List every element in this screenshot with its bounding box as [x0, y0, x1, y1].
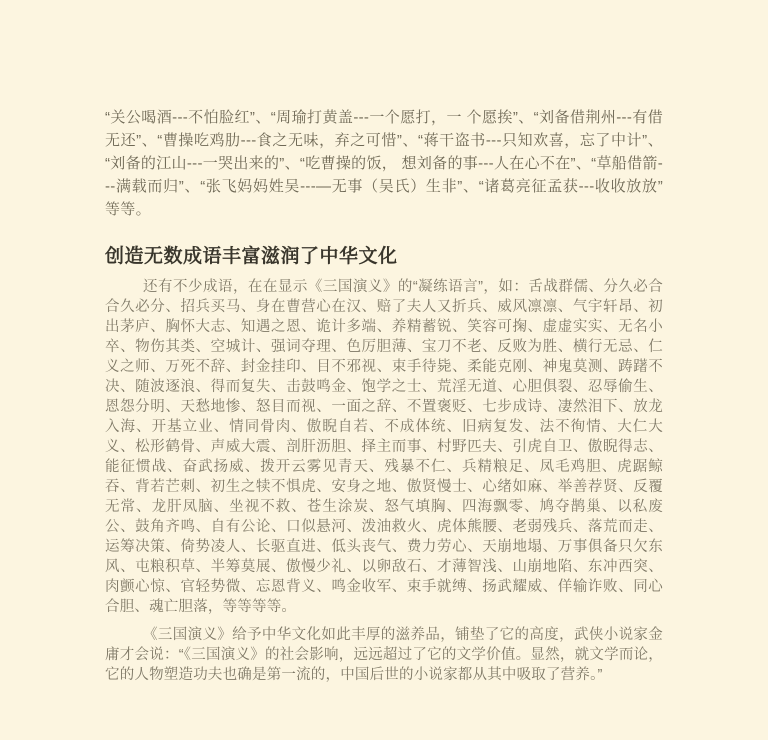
- xiehouyu-paragraph: “关公喝酒---不怕脸红”、“周瑜打黄盖---一个愿打，一 个愿挨”、“刘备借荆…: [105, 106, 663, 221]
- article-content: “关公喝酒---不怕脸红”、“周瑜打黄盖---一个愿打，一 个愿挨”、“刘备借荆…: [105, 0, 663, 685]
- section-heading: 创造无数成语丰富滋润了中华文化: [105, 241, 663, 268]
- idioms-paragraph: 还有不少成语，在在显示《三国演义》的“凝练语言”，如：舌战群儒、分久必合合久必分…: [105, 277, 663, 617]
- closing-paragraph: 《三国演义》给予中华文化如此丰厚的滋养品，铺垫了它的高度，武侠小说家金庸才会说：…: [105, 625, 663, 685]
